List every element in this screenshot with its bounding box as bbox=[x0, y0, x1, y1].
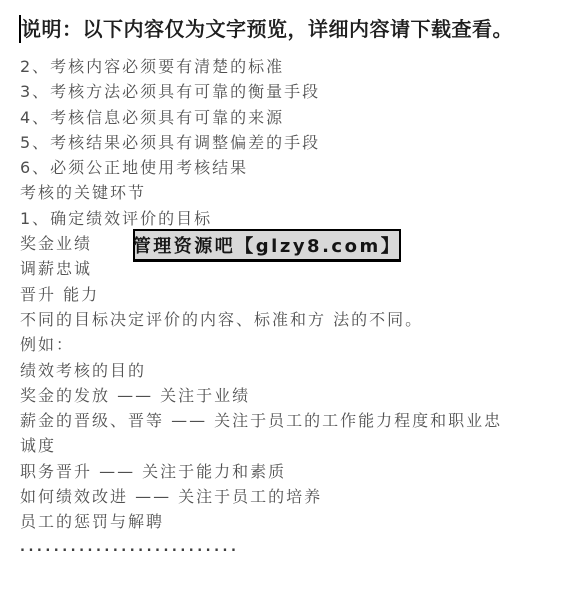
text-line: 薪金的晋级、晋等 —— 关注于员工的工作能力程度和职业忠 bbox=[20, 408, 565, 433]
document-body: 2、考核内容必须要有清楚的标准 3、考核方法必须具有可靠的衡量手段 4、考核信息… bbox=[20, 54, 565, 560]
text-line: 如何绩效改进 —— 关注于员工的培养 bbox=[20, 484, 565, 509]
text-line: 诚度 bbox=[20, 433, 565, 458]
text-line: 不同的目标决定评价的内容、标准和方 法的不同。 bbox=[20, 307, 565, 332]
text-line: 4、考核信息必须具有可靠的来源 bbox=[20, 105, 565, 130]
text-line: 绩效考核的目的 bbox=[20, 358, 565, 383]
text-line: 6、必须公正地使用考核结果 bbox=[20, 155, 565, 180]
watermark-text: 管理资源吧【glzy8.com】 bbox=[133, 232, 401, 258]
text-line: 5、考核结果必须具有调整偏差的手段 bbox=[20, 130, 565, 155]
document-preview-page: 说明：以下内容仅为文字预览，详细内容请下载查看。 2、考核内容必须要有清楚的标准… bbox=[0, 0, 578, 600]
text-line: 职务晋升 —— 关注于能力和素质 bbox=[20, 459, 565, 484]
watermark-box: 管理资源吧【glzy8.com】 bbox=[133, 229, 401, 262]
text-line: 奖金的发放 —— 关注于业绩 bbox=[20, 383, 565, 408]
text-line: 1、确定绩效评价的目标 bbox=[20, 206, 565, 231]
text-line: 3、考核方法必须具有可靠的衡量手段 bbox=[20, 79, 565, 104]
text-line: 2、考核内容必须要有清楚的标准 bbox=[20, 54, 565, 79]
text-line: 考核的关键环节 bbox=[20, 180, 565, 205]
text-line: 晋升 能力 bbox=[20, 282, 565, 307]
text-line: 员工的惩罚与解聘 bbox=[20, 509, 565, 534]
text-line: 例如： bbox=[20, 332, 565, 357]
ellipsis-line: .......................... bbox=[20, 535, 565, 560]
preview-notice-heading: 说明：以下内容仅为文字预览，详细内容请下载查看。 bbox=[21, 13, 513, 42]
